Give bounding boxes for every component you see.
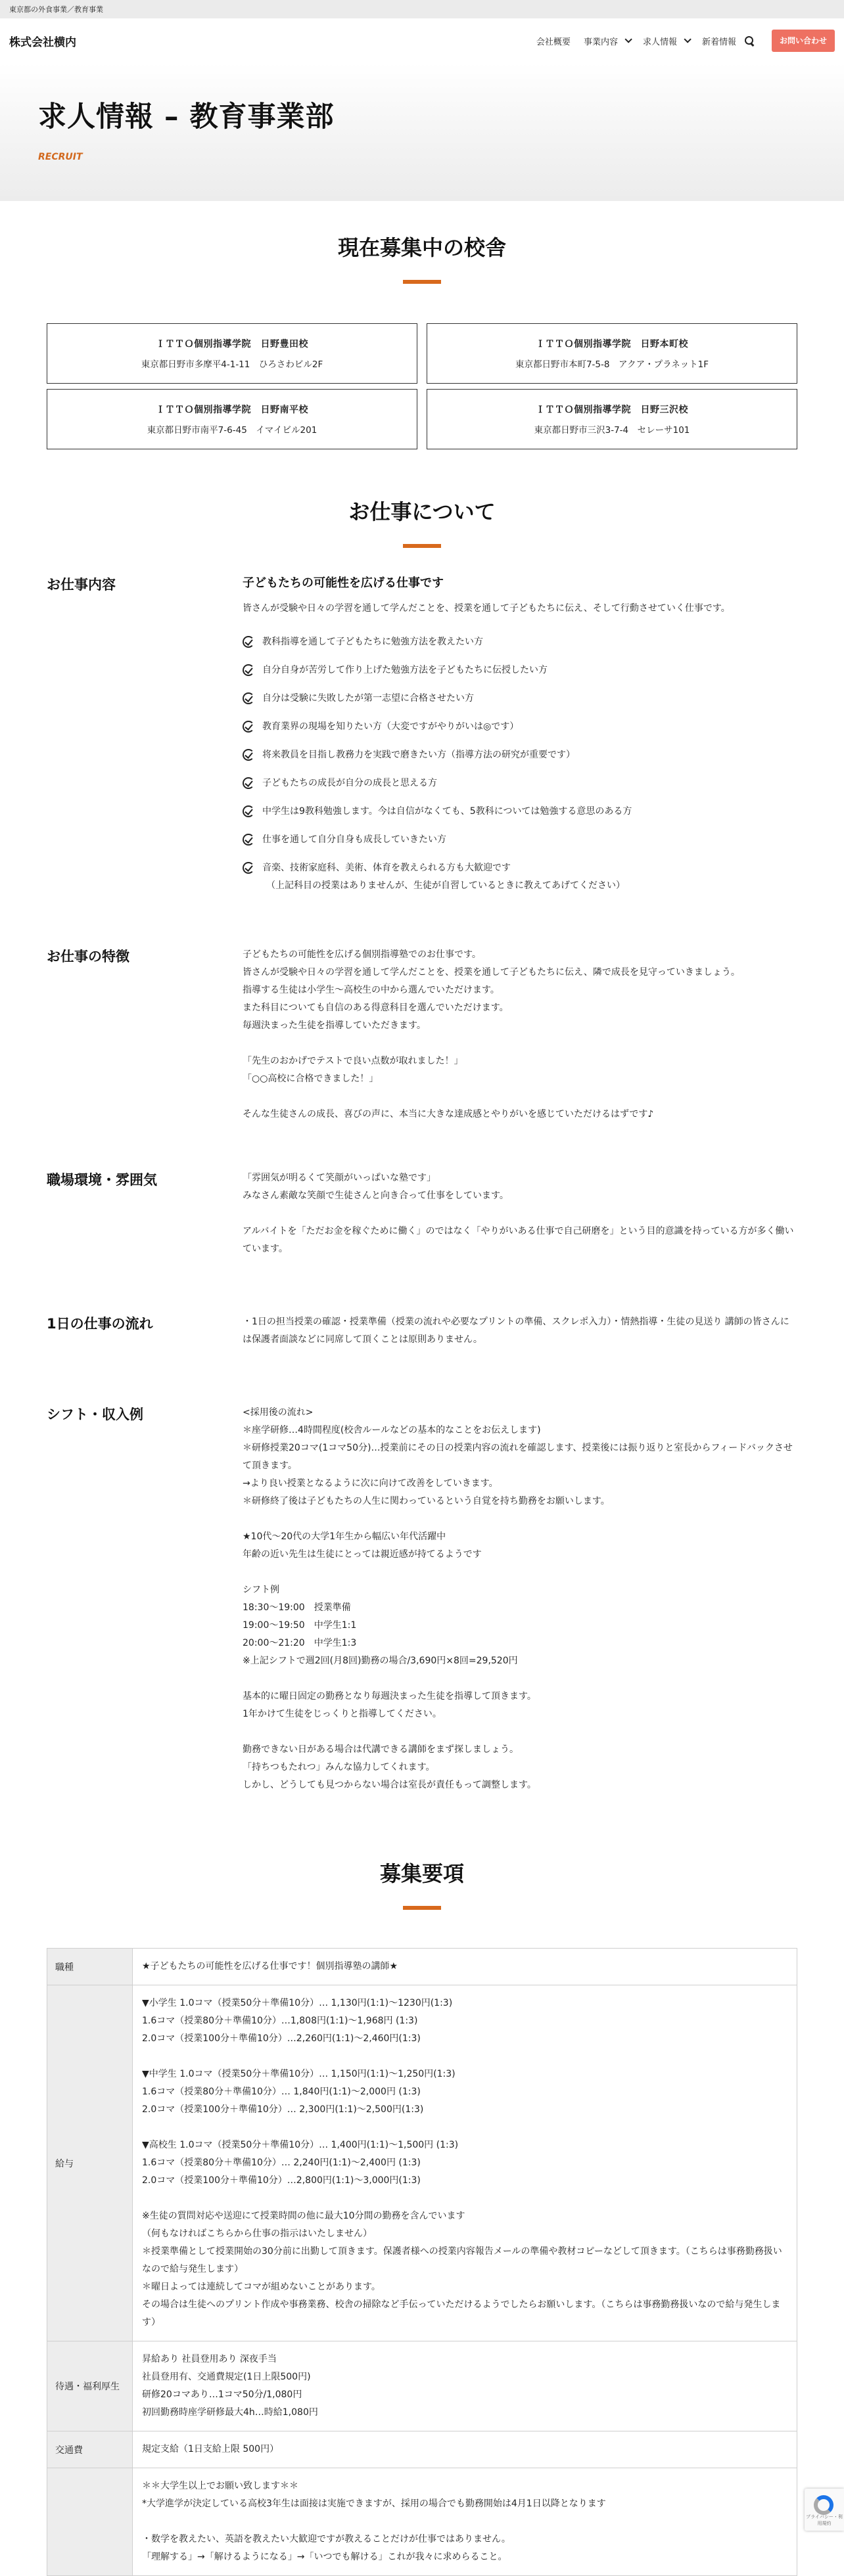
text-line: 2.0コマ（授業100分＋準備10分）… 2,300円(1:1)～2,500円(… — [142, 2101, 787, 2119]
contact-button[interactable]: お問い合わせ — [772, 30, 835, 52]
company-logo[interactable]: 株式会社横内 — [9, 33, 76, 49]
block-label: お仕事内容 — [47, 574, 243, 905]
checklist-item: 音楽、技術家庭科、美術、体育を教えられる方も大歓迎です（上記科目の授業はありませ… — [243, 859, 797, 895]
text-line: ＊授業準備として授業開始の30分前に出勤して頂きます。保護者様への授業内容報告メ… — [142, 2243, 787, 2278]
block-label: シフト・収入例 — [47, 1404, 243, 1794]
text-line: 子どもたちの可能性を広げる個別指導塾でのお仕事です。 — [243, 946, 797, 964]
text-line: ＊研修終了後は子どもたちの人生に関わっているという自覚を持ち勤務をお願いします。 — [243, 1493, 797, 1510]
check-circle-icon — [243, 749, 254, 761]
campus-address: 東京都日野市三沢3-7-4 セレーサ101 — [534, 422, 690, 436]
text-line — [142, 2119, 787, 2136]
campus-address: 東京都日野市南平7-6-45 イマイビル201 — [147, 422, 317, 436]
check-circle-icon — [243, 664, 254, 676]
recaptcha-icon — [814, 2495, 833, 2515]
text-line: 基本的に曜日固定の勤務となり毎週決まった生徒を指導して頂きます。 — [243, 1688, 797, 1706]
text-line: 「○○高校に合格できました！」 — [243, 1070, 797, 1088]
text-line: シフト例 — [243, 1581, 797, 1599]
text-line: 規定支給（1日支給上限 500円） — [142, 2441, 787, 2458]
text-line — [243, 1035, 797, 1052]
text-line: ＊研修授業20コマ(1コマ50分)…授業前にその日の授業内容の流れを確認します、… — [243, 1439, 797, 1475]
block-body: 「雰囲気が明るくて笑顔がいっぱいな塾です」みなさん素敵な笑顔で生徒さんと向き合っ… — [243, 1169, 797, 1258]
recaptcha-text: プライバシー・利用規約 — [805, 2514, 844, 2527]
text-line: ＊座学研修…4時間程度(校舎ルールなどの基本的なことをお伝えします) — [243, 1422, 797, 1439]
text-line: 1.6コマ（授業80分＋準備10分）…1,808円(1:1)～1,968円 (1… — [142, 2012, 787, 2030]
search-icon[interactable] — [744, 35, 755, 46]
text-line: ＊＊大学生以上でお願い致します＊＊ — [142, 2477, 787, 2495]
environment-block: 職場環境・雰囲気 「雰囲気が明るくて笑顔がいっぱいな塾です」みなさん素敵な笑顔で… — [47, 1169, 797, 1258]
row-value: 昇給あり 社員登用あり 深夜手当社員登用有、交通費規定(1日上限500円)研修2… — [133, 2341, 797, 2431]
row-value: 規定支給（1日支給上限 500円） — [133, 2431, 797, 2468]
section-title: 募集要項 — [0, 1857, 844, 1887]
campus-address: 東京都日野市多摩平4-1-11 ひろさわビル2F — [141, 357, 323, 370]
page-hero: 求人情報 – 教育事業部 RECRUIT — [0, 63, 844, 201]
text-line: 2.0コマ（授業100分＋準備10分）…2,800円(1:1)～3,000円(1… — [142, 2172, 787, 2190]
checklist-item: 中学生は9教科勉強します。今は自信がなくても、5教科については勉強する意思のある… — [243, 803, 797, 821]
text-line: 1.6コマ（授業80分＋準備10分）… 1,840円(1:1)～2,000円 (… — [142, 2083, 787, 2101]
block-label: 職場環境・雰囲気 — [47, 1169, 243, 1258]
text-line — [142, 2190, 787, 2207]
text-line: アルバイトを「ただお金を稼ぐために働く」のではなく「やりがいある仕事で自己研磨を… — [243, 1223, 797, 1258]
text-line: ▼小学生 1.0コマ（授業50分＋準備10分）… 1,130円(1:1)～123… — [142, 1995, 787, 2012]
text-line: 2.0コマ（授業100分＋準備10分）…2,260円(1:1)～2,460円(1… — [142, 2030, 787, 2048]
checklist-text: 教科指導を通して子どもたちに勉強方法を教えたい方 — [262, 633, 483, 651]
campus-name: ＩＴＴＯ個別指導学院 日野本町校 — [536, 337, 688, 350]
text-line: ▼高校生 1.0コマ（授業50分＋準備10分）… 1,400円(1:1)～1,5… — [142, 2136, 787, 2154]
checklist-subtext: （上記科目の授業はありませんが、生徒が自習しているときに教えてあげてください） — [262, 877, 625, 895]
campus-grid: ＩＴＴＯ個別指導学院 日野豊田校 東京都日野市多摩平4-1-11 ひろさわビル2… — [47, 323, 797, 449]
text-line: ・数学を教えたい、英語を教えたい大歓迎ですが教えることだけが仕事ではありません。 — [142, 2531, 787, 2548]
text-line: 「雰囲気が明るくて笑顔がいっぱいな塾です」 — [243, 1169, 797, 1187]
nav-news[interactable]: 新着情報 — [702, 35, 736, 47]
top-bar: 東京都の外食事業／教育事業 — [0, 0, 844, 18]
main-nav: 会社概要 事業内容 求人情報 新着情報 お問い合わせ — [523, 30, 835, 52]
text-line: 皆さんが受験や日々の学習を通して学んだことを、授業を通して子どもたちに伝え、隣で… — [243, 964, 797, 982]
nav-business[interactable]: 事業内容 — [584, 35, 630, 47]
text-line: その場合は生徒へのプリント作成や事務業務、校舎の掃除など手伝っていただけるようで… — [142, 2296, 787, 2332]
text-line: （何もなければこちらから仕事の指示はいたしません） — [142, 2225, 787, 2243]
checklist-text: 仕事を通して自分自身も成長していきたい方 — [262, 831, 446, 849]
text-line: 1.6コマ（授業80分＋準備10分）… 2,240円(1:1)～2,400円 (… — [142, 2154, 787, 2172]
text-line: 18:30～19:00 授業準備 — [243, 1599, 797, 1617]
text-line: 社員登用有、交通費規定(1日上限500円) — [142, 2368, 787, 2386]
block-body: <採用後の流れ>＊座学研修…4時間程度(校舎ルールなどの基本的なことをお伝えしま… — [243, 1404, 797, 1794]
text-line: ＊曜日よっては連続してコマが組めないことがあります。 — [142, 2278, 787, 2296]
page-subtitle: RECRUIT — [38, 152, 806, 162]
text-line: 「先生のおかげでテストで良い点数が取れました！」 — [243, 1052, 797, 1070]
requirements-table: 職種★子どもたちの可能性を広げる仕事です！個別指導塾の講師★給与▼小学生 1.0… — [47, 1948, 797, 2576]
checklist-item: 仕事を通して自分自身も成長していきたい方 — [243, 831, 797, 849]
table-row: 交通費規定支給（1日支給上限 500円） — [47, 2431, 797, 2468]
checklist-text: 中学生は9教科勉強します。今は自信がなくても、5教科については勉強する意思のある… — [262, 803, 632, 821]
site-tagline: 東京都の外食事業／教育事業 — [9, 4, 103, 14]
row-label — [47, 2468, 133, 2576]
row-value: ＊＊大学生以上でお願い致します＊＊*大学進学が決定している高校3年生は面接は実施… — [133, 2468, 797, 2576]
text-line: ▼中学生 1.0コマ（授業50分＋準備10分）… 1,150円(1:1)～1,2… — [142, 2066, 787, 2083]
text-line: 毎週決まった生徒を指導していただきます。 — [243, 1017, 797, 1035]
campus-card: ＩＴＴＯ個別指導学院 日野豊田校 東京都日野市多摩平4-1-11 ひろさわビル2… — [47, 323, 417, 384]
campus-address: 東京都日野市本町7-5-8 アクア・プラネット1F — [515, 357, 709, 370]
recaptcha-badge[interactable]: プライバシー・利用規約 — [805, 2489, 844, 2531]
section-title: 現在募集中の校舎 — [0, 231, 844, 261]
text-line: <採用後の流れ> — [243, 1404, 797, 1422]
text-line: ★10代～20代の大学1年生から幅広い年代活躍中 — [243, 1528, 797, 1546]
text-line — [142, 2513, 787, 2531]
text-line: →より良い授業となるように次に向けて改善をしていきます。 — [243, 1475, 797, 1493]
title-underline — [403, 1906, 441, 1910]
check-circle-icon — [243, 805, 254, 817]
block-body: 子どもたちの可能性を広げる個別指導塾でのお仕事です。皆さんが受験や日々の学習を通… — [243, 946, 797, 1123]
text-line — [142, 2048, 787, 2066]
text-line: しかし、どうしても見つからない場合は室長が責任もって調整します。 — [243, 1776, 797, 1794]
text-line: *大学進学が決定している高校3年生は面接は実施できますが、採用の場合でも勤務開始… — [142, 2495, 787, 2513]
checklist-item: 教科指導を通して子どもたちに勉強方法を教えたい方 — [243, 633, 797, 651]
check-circle-icon — [243, 777, 254, 789]
checklist-text: 自分自身が苦労して作り上げた勉強方法を子どもたちに伝授したい方 — [262, 662, 548, 679]
block-body: 子どもたちの可能性を広げる仕事です 皆さんが受験や日々の学習を通して学んだことを… — [243, 574, 797, 905]
text-line: 1年かけて生徒をじっくりと指導してください。 — [243, 1706, 797, 1723]
nav-label: 新着情報 — [702, 35, 736, 47]
checklist-item: 自分は受験に失敗したが第一志望に合格させたい方 — [243, 690, 797, 708]
checklist-text: 自分は受験に失敗したが第一志望に合格させたい方 — [262, 690, 474, 708]
site-header: 株式会社横内 会社概要 事業内容 求人情報 新着情報 お問い合わせ — [0, 18, 844, 63]
check-circle-icon — [243, 636, 254, 648]
text-line: 20:00～21:20 中学生1:3 — [243, 1635, 797, 1652]
text-line: 研修20コマあり…1コマ50分/1,080円 — [142, 2386, 787, 2404]
text-line: ※生徒の質問対応や送迎にて授業時間の他に最大10分間の勤務を含んでいます — [142, 2207, 787, 2225]
checklist-text: 子どもたちの成長が自分の成長と思える方 — [262, 775, 437, 792]
text-line: 「理解する」→「解けるようになる」→「いつでも解ける」これが我々に求めらること。 — [142, 2548, 787, 2566]
campus-section: 現在募集中の校舎 ＩＴＴＯ個別指導学院 日野豊田校 東京都日野市多摩平4-1-1… — [0, 201, 844, 449]
campus-name: ＩＴＴＯ個別指導学院 日野南平校 — [156, 403, 308, 416]
checklist-item: 教育業界の現場を知りたい方（大変ですがやりがいは◎です） — [243, 718, 797, 736]
campus-name: ＩＴＴＯ個別指導学院 日野三沢校 — [536, 403, 688, 416]
row-value: ★子どもたちの可能性を広げる仕事です！個別指導塾の講師★ — [133, 1949, 797, 1985]
check-circle-icon — [243, 721, 254, 733]
section-title: お仕事について — [0, 495, 844, 526]
nav-company-overview[interactable]: 会社概要 — [536, 35, 571, 47]
row-label: 待遇・福利厚生 — [47, 2341, 133, 2431]
text-line: ・1日の担当授業の確認・授業準備（授業の流れや必要なプリントの準備、スクレポ入力… — [243, 1313, 797, 1349]
check-circle-icon — [243, 692, 254, 704]
checklist-item: 子どもたちの成長が自分の成長と思える方 — [243, 775, 797, 792]
text-line — [243, 1205, 797, 1223]
text-line — [243, 1723, 797, 1741]
check-circle-icon — [243, 834, 254, 846]
job-content-block: お仕事内容 子どもたちの可能性を広げる仕事です 皆さんが受験や日々の学習を通して… — [47, 574, 797, 905]
row-label: 交通費 — [47, 2431, 133, 2468]
block-body: ・1日の担当授業の確認・授業準備（授業の流れや必要なプリントの準備、スクレポ入力… — [243, 1313, 797, 1349]
text-line: 19:00～19:50 中学生1:1 — [243, 1617, 797, 1635]
text-line: また科目についても自信のある得意科目を選んでいただけます。 — [243, 999, 797, 1017]
job-features-block: お仕事の特徴 子どもたちの可能性を広げる個別指導塾でのお仕事です。皆さんが受験や… — [47, 946, 797, 1123]
nav-label: 求人情報 — [643, 35, 677, 47]
table-row: ＊＊大学生以上でお願い致します＊＊*大学進学が決定している高校3年生は面接は実施… — [47, 2468, 797, 2576]
requirements-section: 募集要項 職種★子どもたちの可能性を広げる仕事です！個別指導塾の講師★給与▼小学… — [0, 1857, 844, 2576]
shift-income-block: シフト・収入例 <採用後の流れ>＊座学研修…4時間程度(校舎ルールなどの基本的な… — [47, 1404, 797, 1794]
block-label: 1日の仕事の流れ — [47, 1313, 243, 1349]
campus-card: ＩＴＴＯ個別指導学院 日野三沢校 東京都日野市三沢3-7-4 セレーサ101 — [427, 389, 797, 449]
text-line: ※上記シフトで週2回(月8回)勤務の場合/3,690円×8回=29,520円 — [243, 1652, 797, 1670]
text-line: ★子どもたちの可能性を広げる仕事です！個別指導塾の講師★ — [142, 1958, 787, 1976]
campus-card: ＩＴＴＯ個別指導学院 日野本町校 東京都日野市本町7-5-8 アクア・プラネット… — [427, 323, 797, 384]
text-line — [243, 1670, 797, 1688]
table-row: 待遇・福利厚生昇給あり 社員登用あり 深夜手当社員登用有、交通費規定(1日上限5… — [47, 2341, 797, 2431]
nav-label: 会社概要 — [536, 35, 571, 47]
campus-card: ＩＴＴＯ個別指導学院 日野南平校 東京都日野市南平7-6-45 イマイビル201 — [47, 389, 417, 449]
checklist-item: 将来教員を目指し教務力を実践で磨きたい方（指導方法の研究が重要です） — [243, 746, 797, 764]
intro-text: 皆さんが受験や日々の学習を通して学んだことを、授業を通して子どもたちに伝え、そし… — [243, 600, 797, 618]
table-row: 給与▼小学生 1.0コマ（授業50分＋準備10分）… 1,130円(1:1)～1… — [47, 1985, 797, 2341]
checklist-item: 自分自身が苦労して作り上げた勉強方法を子どもたちに伝授したい方 — [243, 662, 797, 679]
text-line: みなさん素敵な笑顔で生徒さんと向き合って仕事をしています。 — [243, 1187, 797, 1205]
lead-text: 子どもたちの可能性を広げる仕事です — [243, 574, 797, 592]
row-label: 給与 — [47, 1985, 133, 2341]
nav-label: 事業内容 — [584, 35, 618, 47]
title-underline — [403, 280, 441, 284]
chevron-down-icon — [624, 35, 632, 43]
block-label: お仕事の特徴 — [47, 946, 243, 1123]
checklist: 教科指導を通して子どもたちに勉強方法を教えたい方自分自身が苦労して作り上げた勉強… — [243, 633, 797, 895]
text-line: 「持ちつもたれつ」みんな協力してくれます。 — [243, 1759, 797, 1776]
work-section: お仕事について お仕事内容 子どもたちの可能性を広げる仕事です 皆さんが受験や日… — [0, 495, 844, 1794]
text-line: 年齢の近い先生は生徒にとっては親近感が持てるようです — [243, 1546, 797, 1564]
daily-flow-block: 1日の仕事の流れ ・1日の担当授業の確認・授業準備（授業の流れや必要なプリントの… — [47, 1313, 797, 1349]
row-value: ▼小学生 1.0コマ（授業50分＋準備10分）… 1,130円(1:1)～123… — [133, 1985, 797, 2341]
text-line: そんな生徒さんの成長、喜びの声に、本当に大きな達成感とやりがいを感じていただける… — [243, 1106, 797, 1123]
checklist-text: 音楽、技術家庭科、美術、体育を教えられる方も大歓迎です（上記科目の授業はありませ… — [262, 859, 625, 895]
text-line: 勤務できない日がある場合は代講できる講師をまず探しましょう。 — [243, 1741, 797, 1759]
text-line — [243, 1564, 797, 1581]
check-circle-icon — [243, 862, 254, 874]
text-line: 初回勤務時座学研修最大4h…時給1,080円 — [142, 2404, 787, 2422]
nav-recruit[interactable]: 求人情報 — [643, 35, 689, 47]
chevron-down-icon — [684, 35, 691, 43]
checklist-text: 教育業界の現場を知りたい方（大変ですがやりがいは◎です） — [262, 718, 519, 736]
text-line — [243, 1510, 797, 1528]
page-title: 求人情報 – 教育事業部 — [38, 95, 806, 135]
campus-name: ＩＴＴＯ個別指導学院 日野豊田校 — [156, 337, 308, 350]
checklist-text: 将来教員を目指し教務力を実践で磨きたい方（指導方法の研究が重要です） — [262, 746, 575, 764]
table-row: 職種★子どもたちの可能性を広げる仕事です！個別指導塾の講師★ — [47, 1949, 797, 1985]
text-line — [243, 1088, 797, 1106]
row-label: 職種 — [47, 1949, 133, 1985]
title-underline — [403, 544, 441, 548]
text-line: 昇給あり 社員登用あり 深夜手当 — [142, 2351, 787, 2368]
text-line: 指導する生徒は小学生～高校生の中から選んでいただけます。 — [243, 982, 797, 999]
